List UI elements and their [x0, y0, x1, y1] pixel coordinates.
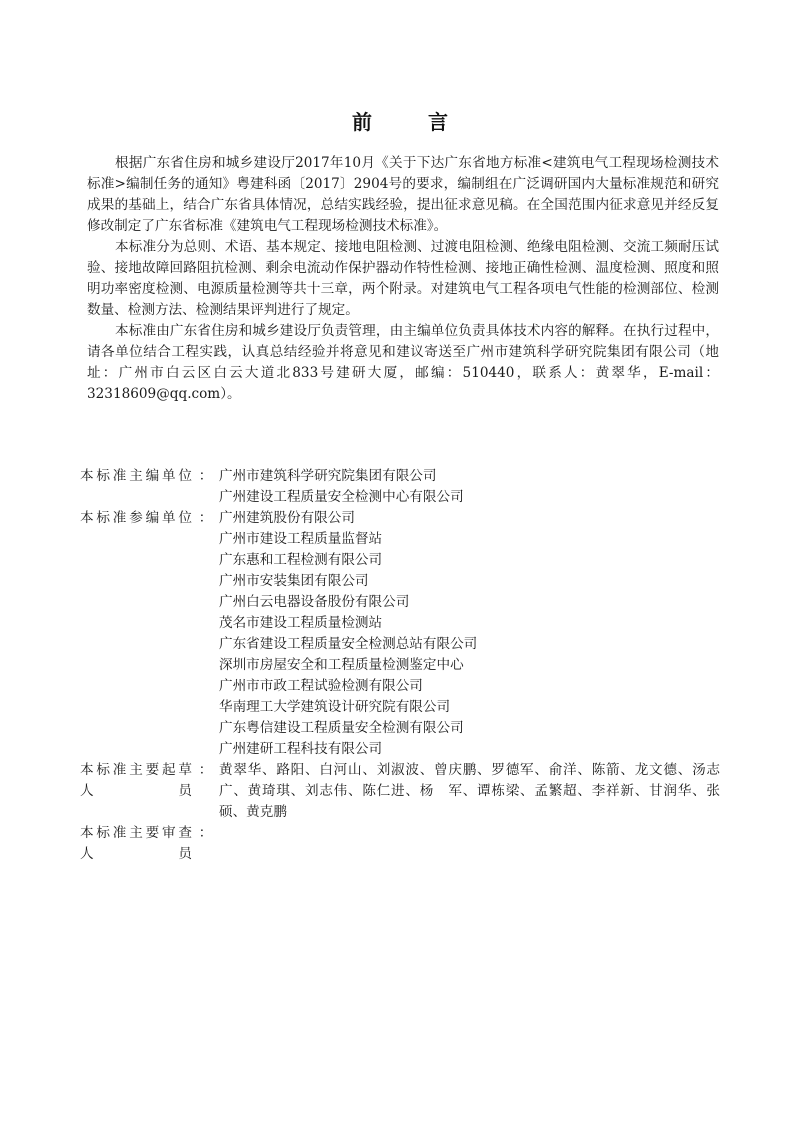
chief-editors-row: 本标准主编单位 ： 广州市建筑科学研究院集团有限公司 广州建设工程质量安全检测中…	[80, 466, 720, 508]
unit-item: 广东惠和工程检测有限公司	[219, 550, 720, 571]
colon: ：	[192, 760, 219, 781]
participating-units-row: 本标准参编单位 ： 广州建筑股份有限公司 广州市建设工程质量监督站 广东惠和工程…	[80, 508, 720, 760]
drafters-label-line1: 本标准主要起草	[80, 760, 192, 781]
participating-units-label: 本标准参编单位	[80, 508, 192, 529]
paragraph-contents: 本标准分为总则、术语、基本规定、接地电阻检测、过渡电阻检测、绝缘电阻检测、交流工…	[87, 237, 719, 321]
unit-item: 茂名市建设工程质量检测站	[219, 613, 720, 634]
unit-item: 广州建设工程质量安全检测中心有限公司	[219, 487, 720, 508]
foreword-body: 根据广东省住房和城乡建设厅2017年10月《关于下达广东省地方标准<建筑电气工程…	[87, 153, 719, 405]
drafters-names: 黄翠华、路阳、白河山、刘淑波、曾庆鹏、罗德军、俞洋、陈箭、龙文德、汤志广、黄琦琪…	[219, 760, 720, 823]
unit-item: 华南理工大学建筑设计研究院有限公司	[219, 697, 720, 718]
document-page: 前 言 根据广东省住房和城乡建设厅2017年10月《关于下达广东省地方标准<建筑…	[0, 0, 800, 1132]
reviewers-row: 本标准主要审查 人员 ：	[80, 823, 720, 865]
drafters-row: 本标准主要起草 人员 ： 黄翠华、路阳、白河山、刘淑波、曾庆鹏、罗德军、俞洋、陈…	[80, 760, 720, 823]
participating-units-list: 广州建筑股份有限公司 广州市建设工程质量监督站 广东惠和工程检测有限公司 广州市…	[219, 508, 720, 760]
reviewers-label: 本标准主要审查 人员	[80, 823, 192, 865]
unit-item: 广州建筑股份有限公司	[219, 508, 720, 529]
reviewers-label-line2: 人员	[80, 844, 192, 865]
colon: ：	[192, 466, 219, 487]
unit-item: 广州建研工程科技有限公司	[219, 739, 720, 760]
unit-item: 广州白云电器设备股份有限公司	[219, 592, 720, 613]
unit-item: 广东粤信建设工程质量安全检测有限公司	[219, 718, 720, 739]
chief-editors-list: 广州市建筑科学研究院集团有限公司 广州建设工程质量安全检测中心有限公司	[219, 466, 720, 508]
page-title: 前 言	[0, 106, 800, 135]
unit-item: 深圳市房屋安全和工程质量检测鉴定中心	[219, 655, 720, 676]
paragraph-background: 根据广东省住房和城乡建设厅2017年10月《关于下达广东省地方标准<建筑电气工程…	[87, 153, 719, 237]
credits-section: 本标准主编单位 ： 广州市建筑科学研究院集团有限公司 广州建设工程质量安全检测中…	[80, 466, 720, 865]
unit-item: 广州市建设工程质量监督站	[219, 529, 720, 550]
unit-item: 广州市市政工程试验检测有限公司	[219, 676, 720, 697]
chief-editors-label: 本标准主编单位	[80, 466, 192, 487]
colon: ：	[192, 823, 219, 844]
reviewers-label-line1: 本标准主要审查	[80, 823, 192, 844]
paragraph-management: 本标准由广东省住房和城乡建设厅负责管理，由主编单位负责具体技术内容的解释。在执行…	[87, 321, 719, 405]
drafters-label: 本标准主要起草 人员	[80, 760, 192, 802]
unit-item: 广州市安装集团有限公司	[219, 571, 720, 592]
drafters-label-line2: 人员	[80, 781, 192, 802]
unit-item: 广州市建筑科学研究院集团有限公司	[219, 466, 720, 487]
unit-item: 广东省建设工程质量安全检测总站有限公司	[219, 634, 720, 655]
colon: ：	[192, 508, 219, 529]
